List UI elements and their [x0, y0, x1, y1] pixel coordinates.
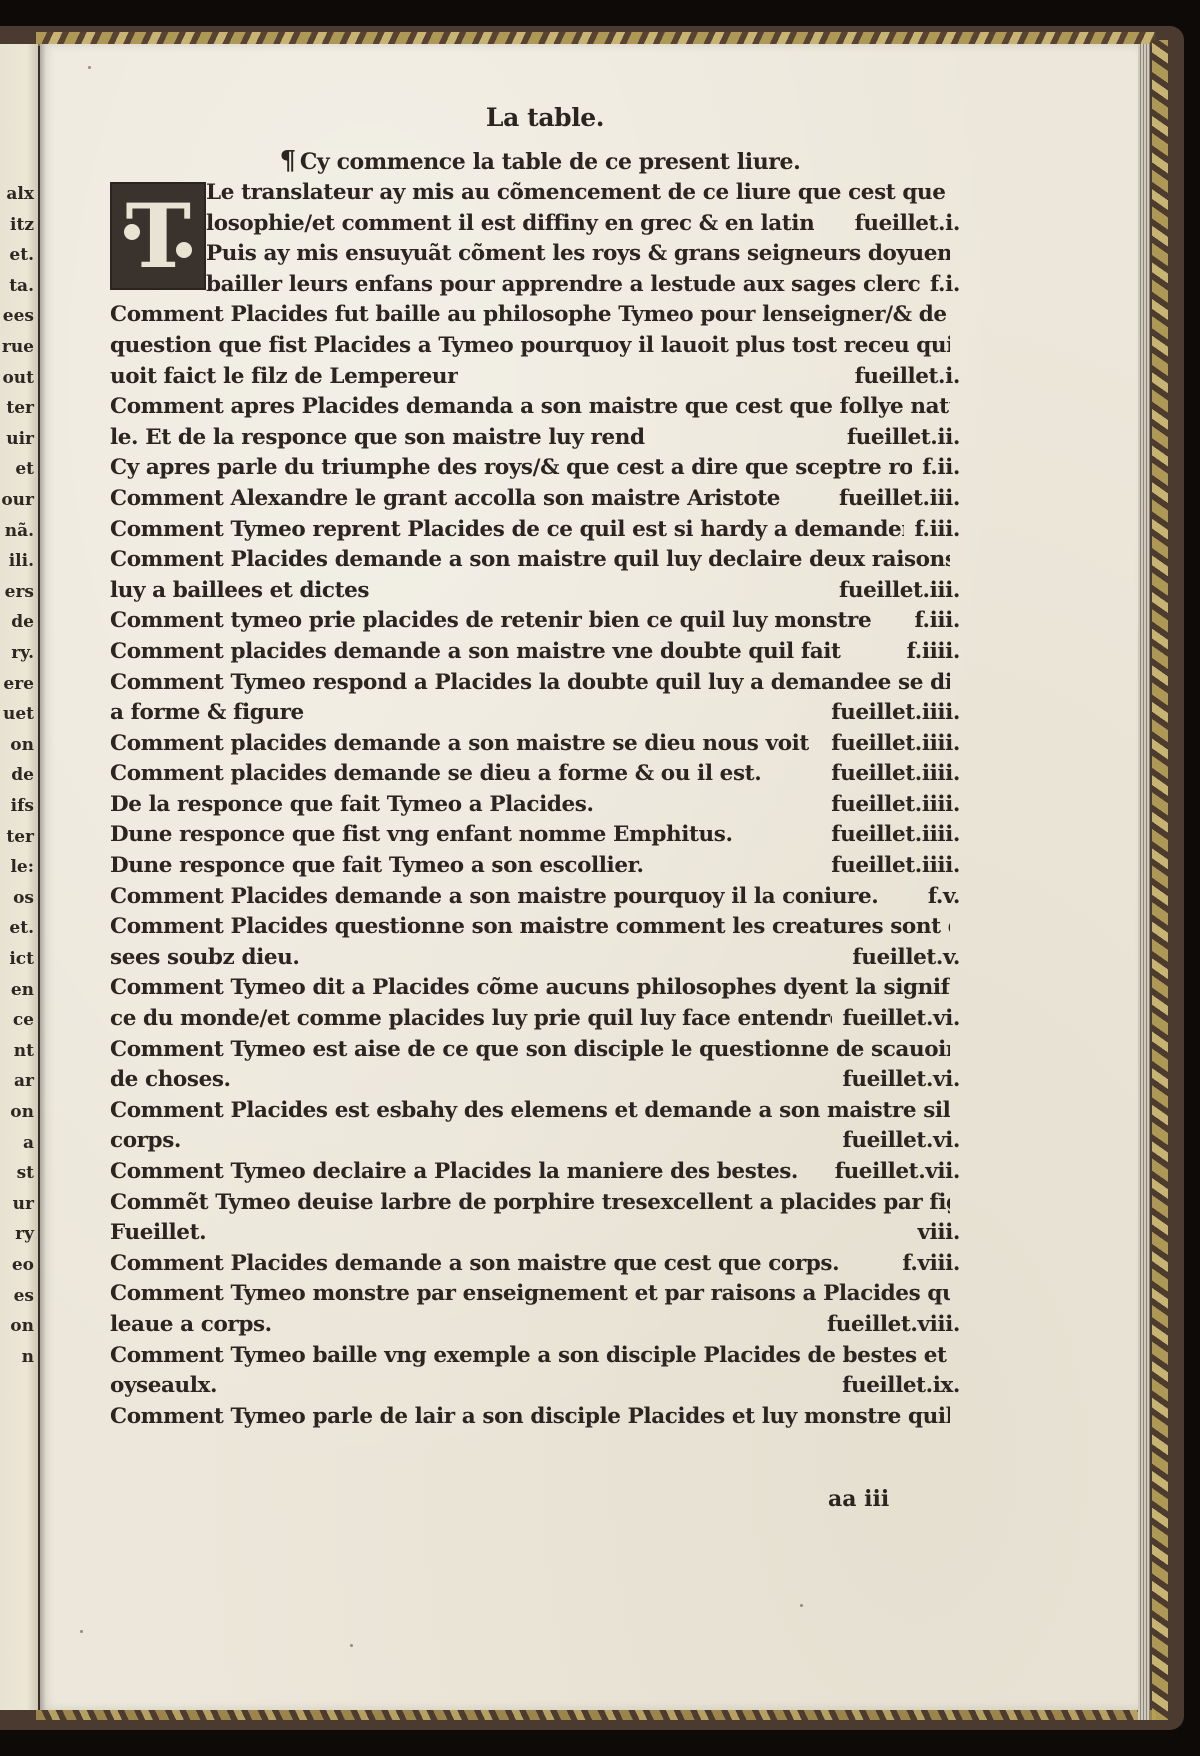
- toc-entry: oyseaulx.fueillet.ix.: [110, 1371, 960, 1402]
- entry-text: Dune responce que fait Tymeo a son escol…: [110, 851, 644, 882]
- toc-entry: le. Et de la responce que son maistre lu…: [110, 423, 960, 454]
- facing-page-fragment: de: [11, 612, 34, 632]
- toc-entry: Comment Placides fut baille au philosoph…: [110, 300, 960, 331]
- folio-reference: fueillet.vii.: [835, 1157, 960, 1188]
- toc-entry: Dune responce que fist vng enfant nomme …: [110, 820, 960, 851]
- facing-page-fragment: a: [23, 1133, 34, 1153]
- facing-page-fragment: ter: [6, 398, 34, 418]
- facing-page-fragment: ers: [5, 582, 34, 602]
- entry-text: Comment Tymeo respond a Placides la doub…: [110, 668, 950, 699]
- toc-entry: luy a baillees et dictesfueillet.iii.: [110, 576, 960, 607]
- facing-page-fragment: ter: [6, 827, 34, 847]
- decorated-initial-icon: T: [110, 182, 206, 290]
- entry-text: Comment placides demande a son maistre v…: [110, 637, 841, 668]
- facing-page-fragment: alx: [6, 184, 34, 204]
- signature-mark: aa iii: [828, 1486, 889, 1512]
- incipit-text: Cy commence la table de ce present liure…: [300, 149, 801, 175]
- folio-reference: f.viii.: [902, 1249, 960, 1280]
- toc-entry: Comment placides demande se dieu a forme…: [110, 759, 960, 790]
- facing-page-fragment: ry.: [11, 643, 34, 663]
- toc-entry: Comment Placides demande a son maistre q…: [110, 1249, 960, 1280]
- facing-page-fragment: uet: [3, 704, 34, 724]
- toc-entry: Dune responce que fait Tymeo a son escol…: [110, 851, 960, 882]
- toc-entry: question que fist Placides a Tymeo pourq…: [110, 331, 960, 362]
- toc-entry: leaue a corps.fueillet.viii.: [110, 1310, 960, 1341]
- folio-reference: fueillet.viii.: [827, 1310, 960, 1341]
- folio-reference: fueillet.iiii.: [831, 698, 960, 729]
- entry-text: oyseaulx.: [110, 1371, 217, 1402]
- entry-text: a forme & figure: [110, 698, 304, 729]
- facing-page-fragment: itz: [10, 215, 34, 235]
- pilcrow-icon: ¶: [280, 146, 296, 176]
- facing-page-fragment: ce: [13, 1010, 34, 1030]
- facing-page-fragment: ili.: [9, 551, 34, 571]
- facing-page-fragment: ifs: [11, 796, 34, 816]
- folio-reference: fueillet.iiii.: [831, 729, 960, 760]
- folio-reference: fueillet.vi.: [842, 1004, 960, 1035]
- entry-text: Comment Tymeo baille vng exemple a son d…: [110, 1341, 950, 1372]
- facing-page-fragment: st: [17, 1163, 34, 1183]
- entry-text: Comment Placides demande a son maistre q…: [110, 1249, 839, 1280]
- facing-page-fragment: our: [1, 490, 34, 510]
- facing-page-fragment: de: [11, 765, 34, 785]
- entry-text: le. Et de la responce que son maistre lu…: [110, 423, 645, 454]
- entry-text: Commẽt Tymeo deuise larbre de porphire t…: [110, 1188, 950, 1219]
- facing-page-fragment: ees: [3, 306, 34, 326]
- entry-text: Comment placides demande se dieu a forme…: [110, 759, 761, 790]
- entry-text: Comment Tymeo monstre par enseignement e…: [110, 1279, 950, 1310]
- toc-entry: Comment Tymeo est aise de ce que son dis…: [110, 1035, 960, 1066]
- entry-text: Fueillet.: [110, 1218, 206, 1249]
- entry-text: losophie/et comment il est diffiny en gr…: [206, 209, 814, 240]
- folio-reference: f.ii.: [922, 453, 960, 484]
- toc-entry: sees soubz dieu.fueillet.v.: [110, 943, 960, 974]
- toc-entry: Comment Placides demande a son maistre p…: [110, 882, 960, 913]
- entry-text: luy a baillees et dictes: [110, 576, 369, 607]
- folio-reference: fueillet.vi.: [842, 1126, 960, 1157]
- toc-entry: uoit faict le filz de Lempereurfueillet.…: [110, 362, 960, 393]
- folio-reference: fueillet.v.: [852, 943, 960, 974]
- toc-entry: Comment Placides est esbahy des elemens …: [110, 1096, 960, 1127]
- folio-reference: f.v.: [928, 882, 960, 913]
- entry-text: ce du monde/et comme placides luy prie q…: [110, 1004, 832, 1035]
- entry-text: bailler leurs enfans pour apprendre a le…: [206, 270, 920, 301]
- facing-page-fragment: on: [10, 1102, 34, 1122]
- facing-page-fragment: le:: [10, 857, 34, 877]
- folio-reference: fueillet.iiii.: [831, 820, 960, 851]
- folio-reference: fueillet.vi.: [842, 1065, 960, 1096]
- toc-entry: Comment Placides demande a son maistre q…: [110, 545, 960, 576]
- toc-entry: Le translateur ay mis au cõmencement de …: [110, 178, 960, 209]
- entry-text: Comment placides demande a son maistre s…: [110, 729, 809, 760]
- toc-entry: bailler leurs enfans pour apprendre a le…: [110, 270, 960, 301]
- toc-entry: De la responce que fait Tymeo a Placides…: [110, 790, 960, 821]
- entries-block: T Le translateur ay mis au cõmencement d…: [110, 178, 960, 1432]
- entry-text: Cy apres parle du triumphe des roys/& qu…: [110, 453, 912, 484]
- entry-text: De la responce que fait Tymeo a Placides…: [110, 790, 594, 821]
- entry-text: corps.: [110, 1126, 181, 1157]
- folio-reference: f.iii.: [914, 606, 960, 637]
- entry-text: Comment Alexandre le grant accolla son m…: [110, 484, 780, 515]
- folio-reference: viii.: [918, 1218, 960, 1249]
- folio-reference: fueillet.iiii.: [831, 790, 960, 821]
- facing-page-fragment: n: [22, 1347, 34, 1367]
- gilt-border-bottom: [36, 1710, 1156, 1720]
- table-of-contents: La table. ¶Cy commence la table de ce pr…: [110, 98, 960, 1432]
- facing-page-fragment: nã.: [5, 521, 34, 541]
- toc-entry: Fueillet.viii.: [110, 1218, 960, 1249]
- toc-entry: Comment placides demande a son maistre v…: [110, 637, 960, 668]
- folio-reference: fueillet.iiii.: [831, 759, 960, 790]
- facing-page-fragment: ry: [15, 1224, 34, 1244]
- facing-page-fragment: nt: [14, 1041, 34, 1061]
- facing-page-fragment: ict: [9, 949, 34, 969]
- facing-page-fragment: on: [10, 735, 34, 755]
- folio-reference: fueillet.iiii.: [831, 851, 960, 882]
- toc-entry: a forme & figurefueillet.iiii.: [110, 698, 960, 729]
- entry-text: leaue a corps.: [110, 1310, 272, 1341]
- toc-entry: Comment placides demande a son maistre s…: [110, 729, 960, 760]
- entry-text: sees soubz dieu.: [110, 943, 299, 974]
- toc-entry: Comment Tymeo dit a Placides cõme aucuns…: [110, 973, 960, 1004]
- toc-entry: Comment Tymeo declaire a Placides la man…: [110, 1157, 960, 1188]
- entry-text: Puis ay mis ensuyuãt cõment les roys & g…: [206, 239, 950, 270]
- incipit: ¶Cy commence la table de ce present liur…: [110, 144, 960, 178]
- entry-text: Comment Tymeo est aise de ce que son dis…: [110, 1035, 950, 1066]
- entry-text: Comment Tymeo dit a Placides cõme aucuns…: [110, 973, 950, 1004]
- facing-page-fragment: rue: [2, 337, 34, 357]
- entry-text: Comment tymeo prie placides de retenir b…: [110, 606, 871, 637]
- toc-entry: Puis ay mis ensuyuãt cõment les roys & g…: [110, 239, 960, 270]
- facing-page: alxitzet.ta.eesrueoutteruiretournã.ili.e…: [0, 44, 38, 1710]
- entry-text: Comment Tymeo reprent Placides de ce qui…: [110, 515, 904, 546]
- facing-page-fragment: ur: [13, 1194, 34, 1214]
- toc-entry: de choses.fueillet.vi.: [110, 1065, 960, 1096]
- facing-page-fragment: uir: [6, 429, 34, 449]
- toc-entry: ce du monde/et comme placides luy prie q…: [110, 1004, 960, 1035]
- facing-page-fragment: ere: [3, 674, 34, 694]
- entry-text: Comment Placides est esbahy des elemens …: [110, 1096, 950, 1127]
- entry-text: Comment Placides demande a son maistre p…: [110, 882, 878, 913]
- toc-entry: corps.fueillet.vi.: [110, 1126, 960, 1157]
- facing-page-fragment: es: [14, 1286, 34, 1306]
- folio-reference: fueillet.iii.: [839, 576, 960, 607]
- facing-page-fragment: en: [11, 980, 34, 1000]
- folio-reference: f.iii.: [914, 515, 960, 546]
- facing-page-fragment: os: [13, 888, 34, 908]
- entry-text: Comment Tymeo declaire a Placides la man…: [110, 1157, 798, 1188]
- toc-entry: Comment Alexandre le grant accolla son m…: [110, 484, 960, 515]
- entry-list: Le translateur ay mis au cõmencement de …: [110, 178, 960, 1432]
- toc-entry: Cy apres parle du triumphe des roys/& qu…: [110, 453, 960, 484]
- facing-page-fragment: eo: [12, 1255, 34, 1275]
- folio-reference: fueillet.iii.: [839, 484, 960, 515]
- toc-entry: Comment Tymeo respond a Placides la doub…: [110, 668, 960, 699]
- entry-text: Comment Tymeo parle de lair a son discip…: [110, 1402, 950, 1433]
- entry-text: Comment apres Placides demanda a son mai…: [110, 392, 950, 423]
- entry-text: de choses.: [110, 1065, 231, 1096]
- toc-entry: Comment tymeo prie placides de retenir b…: [110, 606, 960, 637]
- folio-reference: fueillet.ix.: [842, 1371, 960, 1402]
- facing-page-fragment: ar: [14, 1071, 34, 1091]
- running-title: La table.: [110, 98, 960, 138]
- entry-text: uoit faict le filz de Lempereur: [110, 362, 458, 393]
- entry-text: question que fist Placides a Tymeo pourq…: [110, 331, 950, 362]
- toc-entry: Commẽt Tymeo deuise larbre de porphire t…: [110, 1188, 960, 1219]
- entry-text: Le translateur ay mis au cõmencement de …: [206, 178, 950, 209]
- folio-reference: f.i.: [930, 270, 960, 301]
- toc-entry: Comment Tymeo monstre par enseignement e…: [110, 1279, 960, 1310]
- folio-reference: fueillet.i.: [855, 209, 960, 240]
- facing-page-fragment: on: [10, 1316, 34, 1336]
- entry-text: Dune responce que fist vng enfant nomme …: [110, 820, 733, 851]
- toc-entry: Comment Placides questionne son maistre …: [110, 912, 960, 943]
- page-edges: [1138, 44, 1150, 1720]
- toc-entry: losophie/et comment il est diffiny en gr…: [110, 209, 960, 240]
- toc-entry: Comment apres Placides demanda a son mai…: [110, 392, 960, 423]
- folio-reference: fueillet.i.: [855, 362, 960, 393]
- entry-text: Comment Placides fut baille au philosoph…: [110, 300, 950, 331]
- facing-page-fragment: out: [2, 368, 34, 388]
- floral-ornament-icon: [124, 224, 140, 240]
- facing-page-fragment: et: [15, 459, 34, 479]
- floral-ornament-icon: [176, 242, 192, 258]
- gutter-shadow: [38, 44, 46, 1710]
- folio-reference: fueillet.ii.: [847, 423, 960, 454]
- gilt-border-right: [1152, 40, 1168, 1720]
- entry-text: Comment Placides demande a son maistre q…: [110, 545, 950, 576]
- facing-page-fragment: ta.: [9, 276, 34, 296]
- toc-entry: Comment Tymeo reprent Placides de ce qui…: [110, 515, 960, 546]
- entry-text: Comment Placides questionne son maistre …: [110, 912, 950, 943]
- facing-page-fragment: et.: [9, 918, 34, 938]
- folio-reference: f.iiii.: [907, 637, 960, 668]
- toc-entry: Comment Tymeo parle de lair a son discip…: [110, 1402, 960, 1433]
- facing-page-fragment: et.: [9, 245, 34, 265]
- toc-entry: Comment Tymeo baille vng exemple a son d…: [110, 1341, 960, 1372]
